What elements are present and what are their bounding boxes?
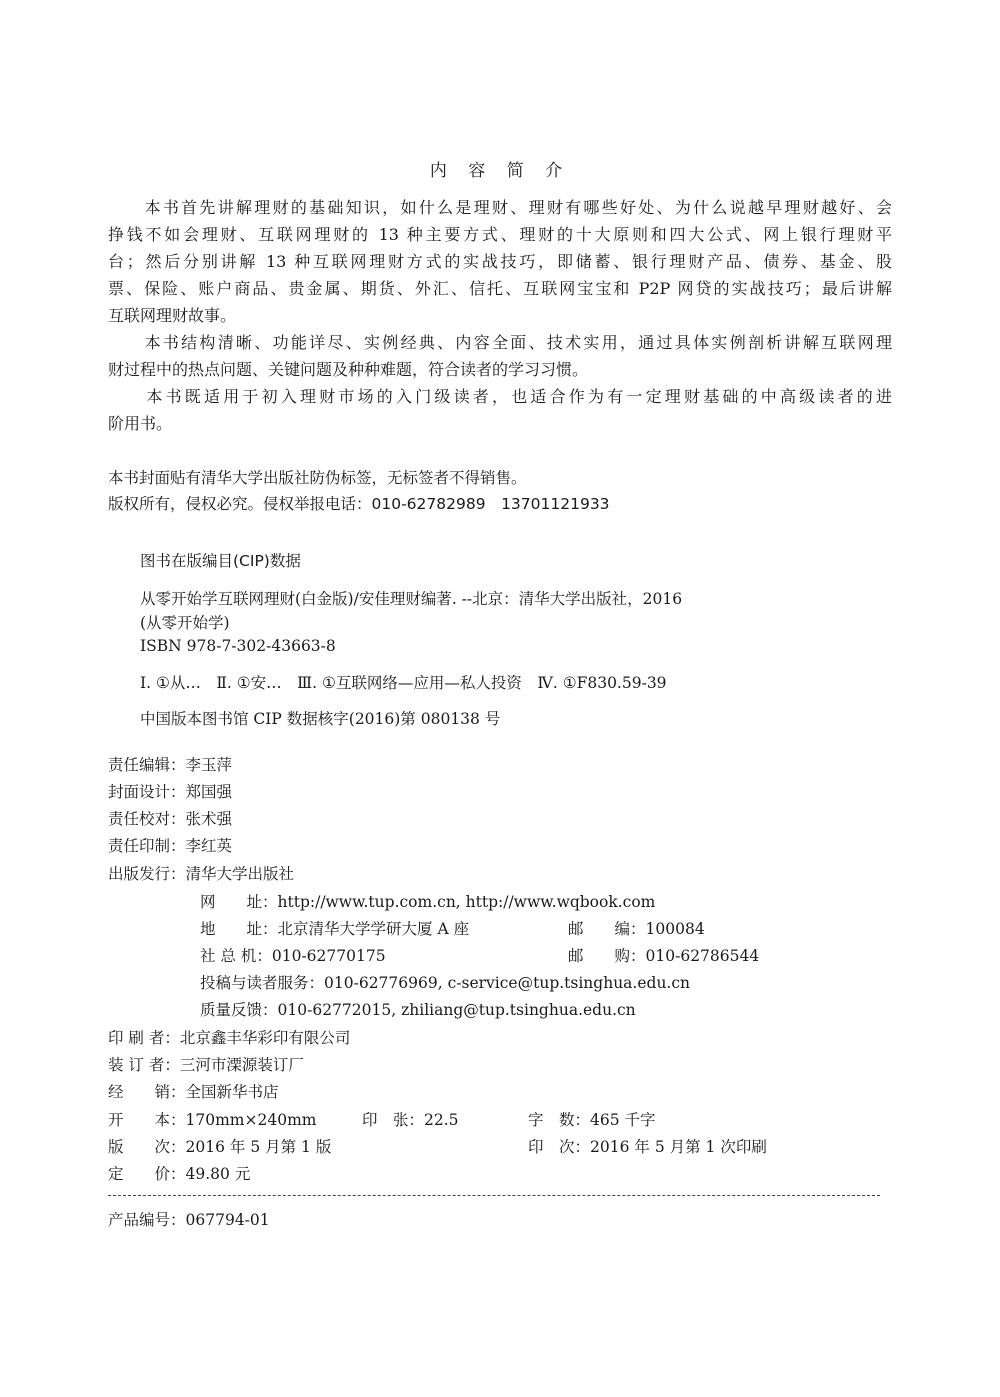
info-value: 2016 年 5 月第 1 版 (186, 1138, 332, 1156)
info-label: 经 销： (108, 1083, 186, 1101)
production-distributor: 经 销：全国新华书店 (108, 1080, 279, 1102)
credit-editor: 责任编辑：李玉萍 (108, 753, 232, 775)
info-label: 印 次： (528, 1138, 590, 1156)
cip-classification: Ⅰ. ①从… Ⅱ. ①安… Ⅲ. ①互联网络—应用—私人投资 Ⅳ. ①F830.… (140, 671, 667, 693)
credit-cover-design: 封面设计：郑国强 (108, 780, 232, 802)
cip-series: (从零开始学) (140, 611, 230, 633)
cip-heading: 图书在版编目(CIP)数据 (140, 549, 301, 571)
info-label: 社 总 机： (200, 947, 272, 965)
credit-printing-supervisor: 责任印制：李红英 (108, 834, 232, 856)
info-value: 2016 年 5 月第 1 次印刷 (590, 1138, 767, 1156)
section-title: 内 容 简 介 (0, 156, 1000, 181)
publisher-postcode: 邮 编：100084 (568, 917, 705, 939)
production-binder: 装 订 者：三河市溧源装订厂 (108, 1053, 304, 1075)
intro-line: 本书首先讲解理财的基础知识，如什么是理财、理财有哪些好处、为什么说越早理财越好、… (108, 195, 892, 218)
intro-line: 挣钱不如会理财、互联网理财的 13 种主要方式、理财的十大原则和四大公式、网上银… (108, 222, 892, 245)
info-value: 100084 (646, 920, 705, 938)
info-label: 邮 编： (568, 920, 646, 938)
production-price: 定 价：49.80 元 (108, 1162, 250, 1184)
dashed-divider (108, 1195, 880, 1196)
credit-value: 郑国强 (186, 783, 233, 801)
info-value: 067794-01 (186, 1211, 270, 1229)
intro-line: 阶用书。 (108, 411, 892, 434)
info-value: 北京清华大学学研大厦 A 座 (278, 920, 470, 938)
publisher-website: 网 址：http://www.tup.com.cn, http://www.wq… (200, 890, 655, 912)
credit-proofreader: 责任校对：张术强 (108, 807, 232, 829)
publisher-quality-feedback: 质量反馈：010-62772015, zhiliang@tup.tsinghua… (200, 998, 636, 1020)
anti-counterfeit-notice: 本书封面贴有清华大学出版社防伪标签，无标签者不得销售。 (108, 466, 527, 488)
intro-line: 互联网理财故事。 (108, 303, 892, 326)
cip-record: 中国版本图书馆 CIP 数据核字(2016)第 080138 号 (140, 707, 500, 729)
publisher-reader-service: 投稿与读者服务：010-62776969, c-service@tup.tsin… (200, 971, 690, 993)
info-value: 010-62786544 (646, 947, 760, 965)
info-value: 170mm×240mm (186, 1111, 317, 1129)
product-code: 产品编号：067794-01 (108, 1208, 270, 1230)
info-value: 全国新华书店 (186, 1083, 279, 1101)
info-label: 质量反馈： (200, 1001, 278, 1019)
credit-value: 李红英 (186, 837, 233, 855)
production-printer: 印 刷 者：北京鑫丰华彩印有限公司 (108, 1026, 350, 1048)
info-label: 投稿与读者服务： (200, 974, 324, 992)
info-label: 字 数： (528, 1111, 590, 1129)
intro-line: 本书结构清晰、功能详尽、实例经典、内容全面、技术实用，通过具体实例剖析讲解互联网… (108, 330, 892, 353)
info-label: 开 本： (108, 1111, 186, 1129)
intro-line: 财过程中的热点问题、关键问题及种种难题，符合读者的学习习惯。 (108, 357, 892, 380)
publisher-address: 地 址：北京清华大学学研大厦 A 座 (200, 917, 469, 939)
intro-line: 票、保险、账户商品、贵金属、期货、外汇、信托、互联网宝宝和 P2P 网贷的实战技… (108, 276, 892, 299)
info-label: 产品编号： (108, 1211, 186, 1229)
info-value: 49.80 元 (186, 1165, 251, 1183)
credit-label: 封面设计： (108, 780, 186, 802)
credit-value: 张术强 (186, 810, 233, 828)
publisher-switchboard: 社 总 机：010-62770175 (200, 944, 386, 966)
info-label: 定 价： (108, 1165, 186, 1183)
production-sheets: 印 张：22.5 (362, 1108, 459, 1130)
info-value: 010-62770175 (272, 947, 386, 965)
credit-value: 李玉萍 (186, 756, 233, 774)
credit-label: 责任编辑： (108, 753, 186, 775)
credit-publisher: 出版发行：清华大学出版社 (108, 862, 294, 884)
credit-label: 出版发行： (108, 862, 186, 884)
production-impression: 印 次：2016 年 5 月第 1 次印刷 (528, 1135, 767, 1157)
info-label: 邮 购： (568, 947, 646, 965)
intro-line: 本书既适用于初入理财市场的入门级读者，也适合作为有一定理财基础的中高级读者的进 (108, 384, 892, 407)
quality-feedback-contact[interactable]: 010-62772015, zhiliang@tup.tsinghua.edu.… (278, 1001, 636, 1019)
info-label: 网 址： (200, 893, 278, 911)
production-format: 开 本：170mm×240mm (108, 1108, 316, 1130)
intro-line: 台；然后分别讲解 13 种互联网理财方式的实战技巧，即储蓄、银行理财产品、债券、… (108, 249, 892, 272)
info-value: 三河市溧源装订厂 (180, 1056, 304, 1074)
info-label: 装 订 者： (108, 1056, 180, 1074)
publisher-mail-order: 邮 购：010-62786544 (568, 944, 759, 966)
copyright-notice: 版权所有，侵权必究。侵权举报电话：010-62782989 1370112193… (108, 492, 610, 514)
reader-service-contact[interactable]: 010-62776969, c-service@tup.tsinghua.edu… (324, 974, 690, 992)
info-value: 465 千字 (590, 1111, 656, 1129)
info-label: 地 址： (200, 920, 278, 938)
production-edition: 版 次：2016 年 5 月第 1 版 (108, 1135, 331, 1157)
production-word-count: 字 数：465 千字 (528, 1108, 656, 1130)
cip-line: 从零开始学互联网理财(白金版)/安佳理财编著. --北京：清华大学出版社，201… (140, 587, 682, 609)
info-value: 22.5 (424, 1111, 459, 1129)
info-label: 版 次： (108, 1138, 186, 1156)
credit-label: 责任校对： (108, 807, 186, 829)
info-label: 印 张： (362, 1111, 424, 1129)
info-label: 印 刷 者： (108, 1029, 180, 1047)
info-value: 北京鑫丰华彩印有限公司 (180, 1029, 351, 1047)
website-links[interactable]: http://www.tup.com.cn, http://www.wqbook… (278, 893, 656, 911)
credit-label: 责任印制： (108, 834, 186, 856)
credit-value: 清华大学出版社 (186, 865, 295, 883)
cip-isbn: ISBN 978-7-302-43663-8 (140, 637, 336, 655)
